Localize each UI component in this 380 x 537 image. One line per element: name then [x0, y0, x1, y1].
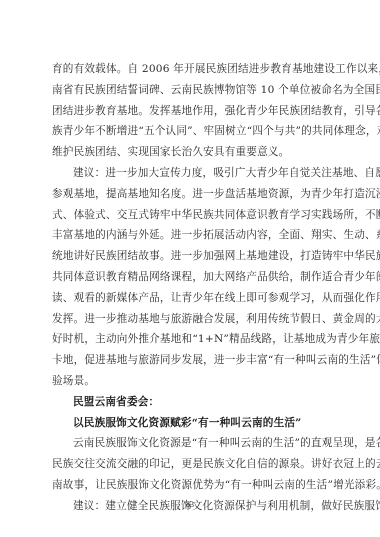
text-line: 卡地，促进基地与旅游同步发展，进一步丰富“有一种叫云南的生活”体	[52, 350, 329, 371]
text-line: 丰富基地的内涵与外延。进一步拓展活动内容，全面、翔实、生动、系	[52, 225, 329, 246]
text-line: 南省有民族团结誓词碑、云南民族博物馆等 10 个单位被命名为全国民族	[52, 80, 329, 101]
text-line: 民族交往交流交融的印记，更是民族文化自信的源泉。讲好衣冠上的云	[52, 454, 329, 475]
text-line: 族青少年不断增进“五个认同”、牢固树立“四个与共”的共同体理念，对	[52, 121, 329, 142]
text-line: 共同体意识教育精品网络课程，加大网络产品供给，制作适合青少年阅	[52, 267, 329, 288]
section-org-heading: 民盟云南省委会：	[52, 392, 329, 413]
text-line: 好时机，主动向外推介基地和“1+N”精品线路，让基地成为青少年旅游打	[52, 329, 329, 350]
document-page: 育的有效载体。自 2006 年开展民族团结进步教育基地建设工作以来，云 南省有民…	[0, 0, 380, 537]
text-line: 团结进步教育基地。发挥基地作用，强化青少年民族团结教育，引导各	[52, 101, 329, 122]
body-text: 育的有效载体。自 2006 年开展民族团结进步教育基地建设工作以来，云 南省有民…	[52, 59, 329, 517]
text-line: 验场景。	[52, 371, 329, 392]
paragraph-start: 云南民族服饰文化资源是“有一种叫云南的生活”的直观呈现，是各	[52, 433, 329, 454]
page-number: 83	[0, 500, 380, 509]
text-line: 式、体验式、交互式铸牢中华民族共同体意识教育学习实践场所，不断	[52, 205, 329, 226]
paragraph-start: 建议：进一步加大宣传力度，吸引广大青少年自觉关注基地、自愿	[52, 163, 329, 184]
text-line: 读、观看的新媒体产品，让青少年在线上即可参观学习，从而强化作用	[52, 288, 329, 309]
text-line: 统地讲好民族团结故事。进一步加强网上基地建设，打造铸牢中华民族	[52, 246, 329, 267]
text-line: 育的有效载体。自 2006 年开展民族团结进步教育基地建设工作以来，云	[52, 59, 329, 80]
text-line: 参观基地，提高基地知名度。进一步盘活基地资源，为青少年打造沉浸	[52, 184, 329, 205]
text-line: 发挥。进一步推动基地与旅游融合发展，利用传统节假日、黄金周的大	[52, 309, 329, 330]
text-line: 维护民族团结、实现国家长治久安具有重要意义。	[52, 142, 329, 163]
text-line: 南故事，让民族服饰文化资源优势为“有一种叫云南的生活”增光添彩。	[52, 475, 329, 496]
section-title: 以民族服饰文化资源赋彩“有一种叫云南的生活”	[52, 413, 329, 434]
